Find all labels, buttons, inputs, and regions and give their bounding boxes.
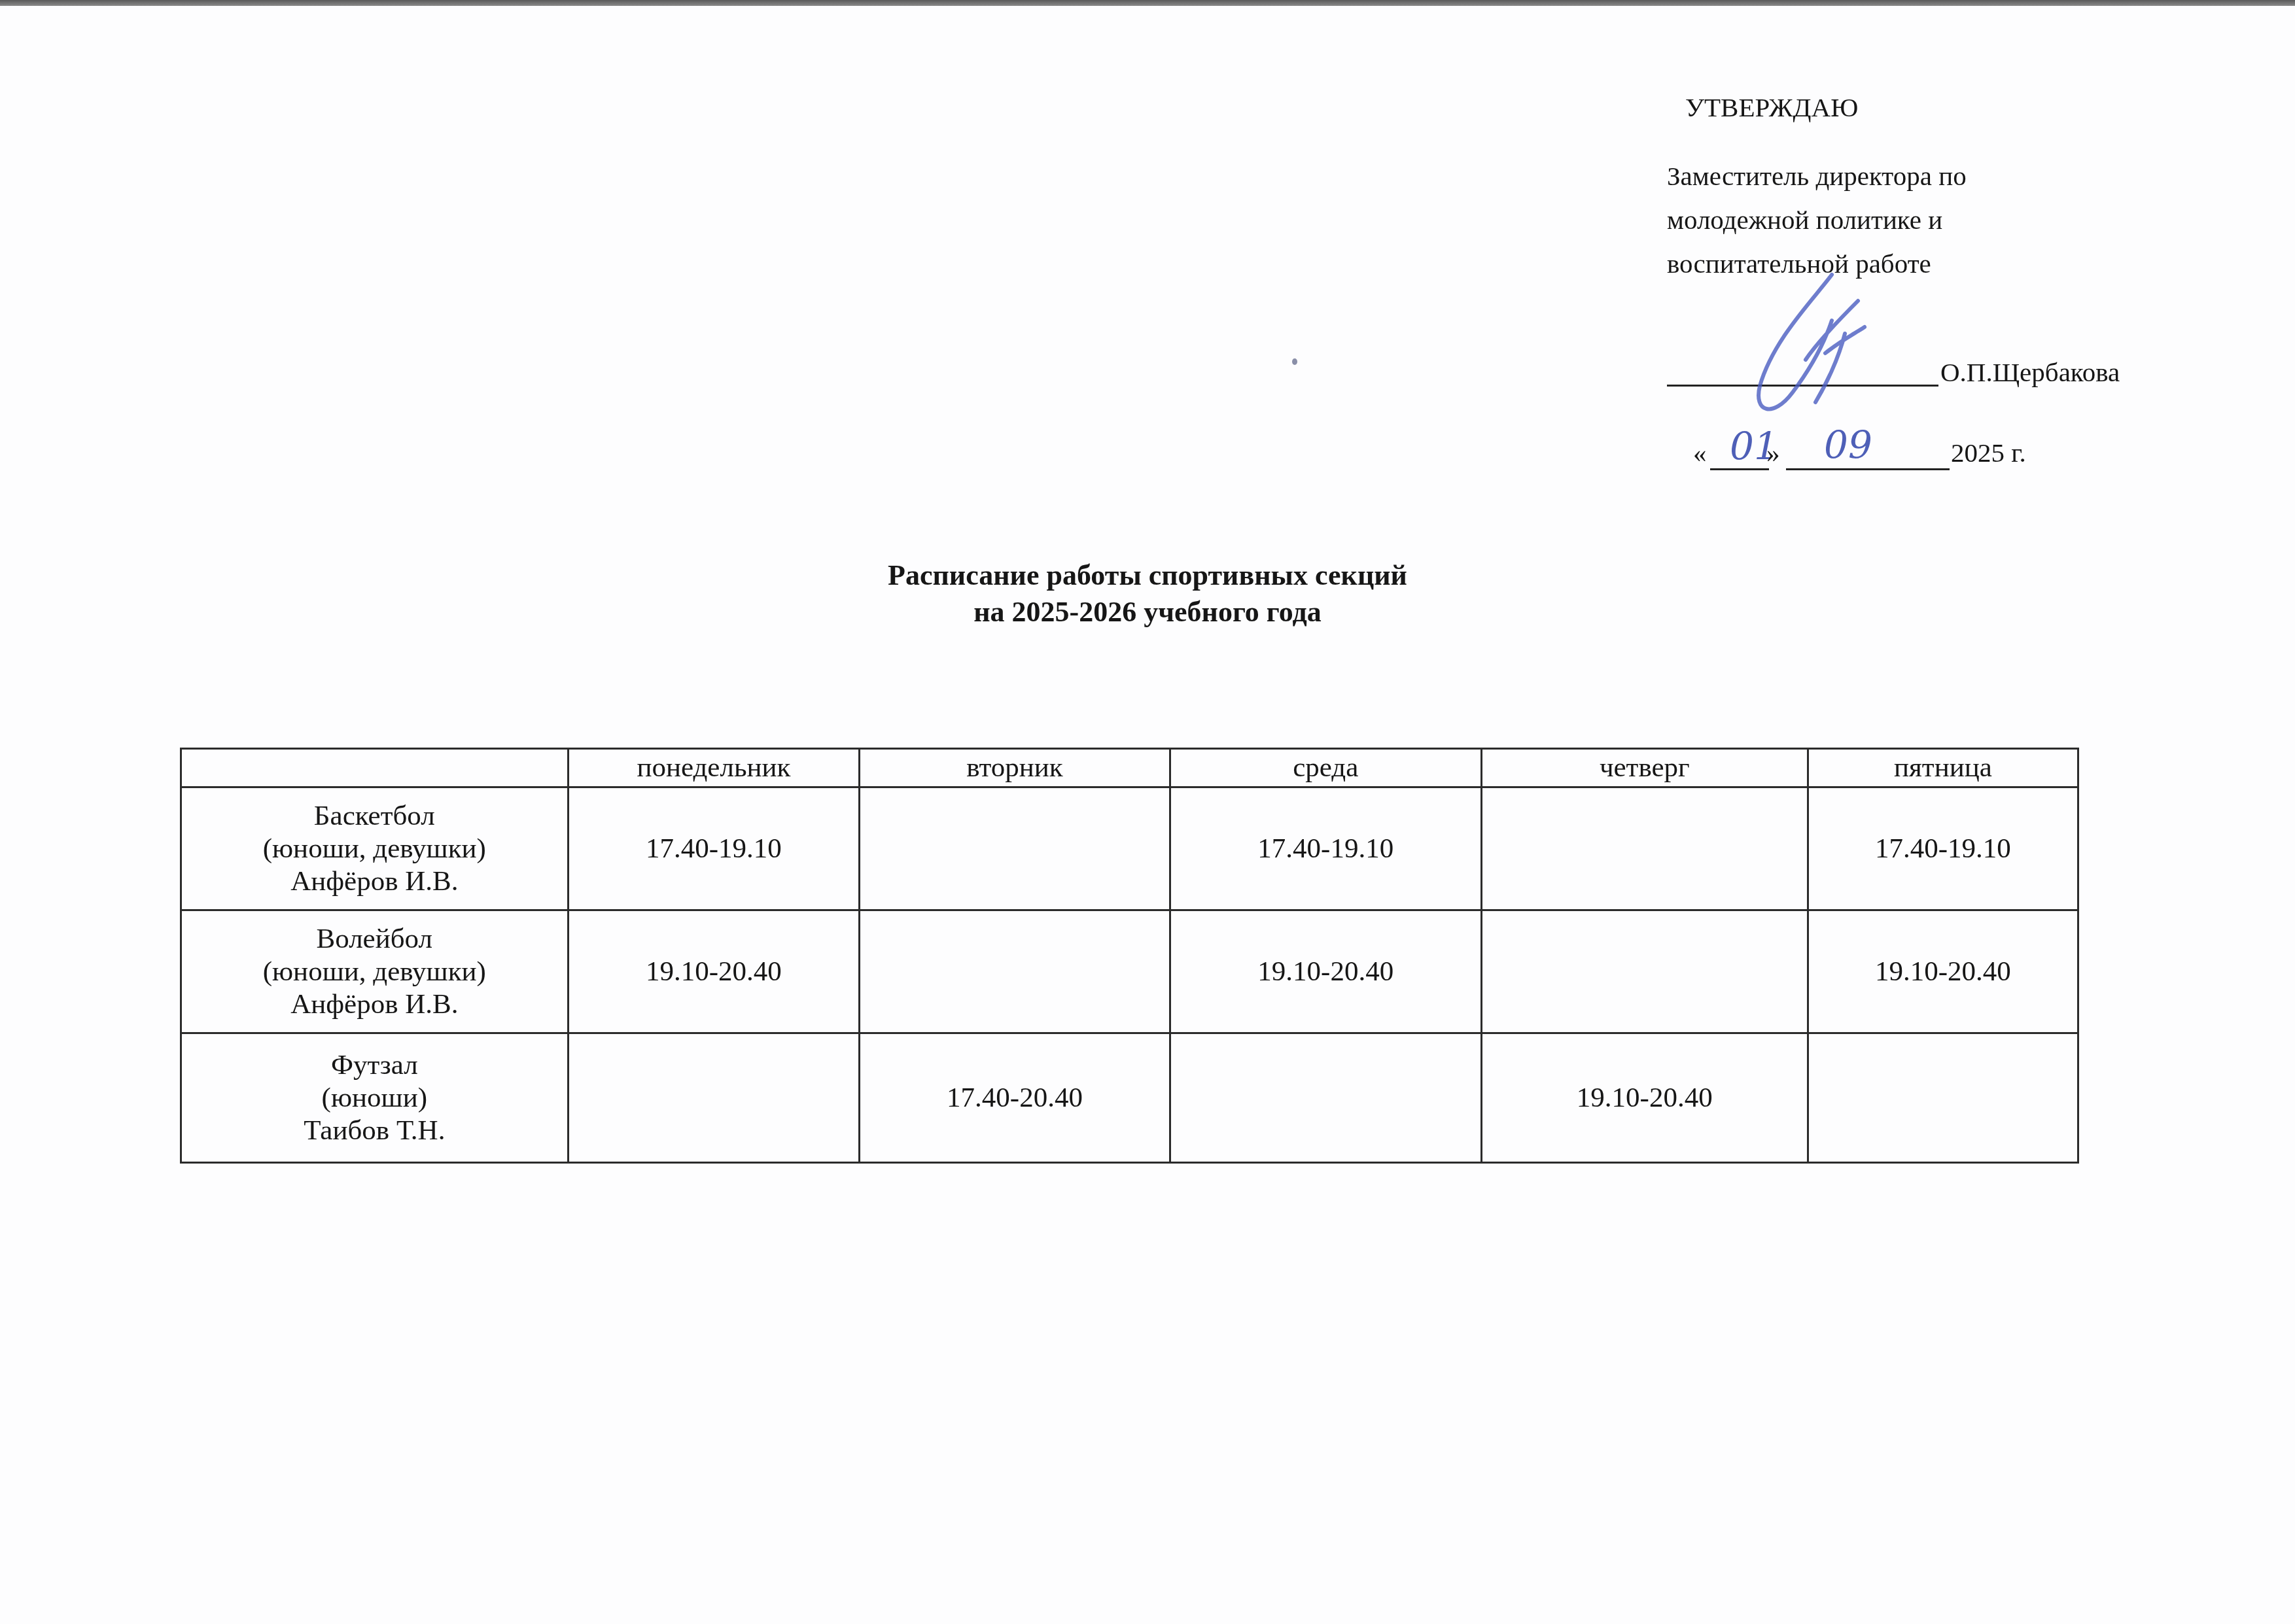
time-cell [1481,787,1808,910]
section-group: (юноши, девушки) [182,833,567,865]
table-row: Волейбол (юноши, девушки) Анфёров И.В. 1… [181,910,2078,1033]
header-cell-wednesday: среда [1170,749,1481,787]
time-cell: 19.10-20.40 [1808,910,2078,1033]
section-name: Футзал [182,1049,567,1082]
table-header-row: понедельник вторник среда четверг пятниц… [181,749,2078,787]
section-name: Баскетбол [182,800,567,833]
header-cell-thursday: четверг [1481,749,1808,787]
document-title: Расписание работы спортивных секций на 2… [0,557,2295,631]
scan-speck [1292,358,1297,365]
header-cell-tuesday: вторник [860,749,1170,787]
section-name: Волейбол [182,923,567,956]
date-open-quote: « [1693,437,1707,468]
date-day-line [1710,468,1769,470]
section-cell: Футзал (юноши) Таибов Т.Н. [181,1033,569,1163]
approval-position-line: молодежной политике и [1667,204,1942,235]
section-coach: Анфёров И.В. [182,865,567,898]
title-line-2: на 2025-2026 учебного года [0,594,2295,631]
header-cell-empty [181,749,569,787]
header-cell-friday: пятница [1808,749,2078,787]
time-cell [860,910,1170,1033]
signatory-name: О.П.Щербакова [1940,356,2120,388]
time-cell: 19.10-20.40 [1170,910,1481,1033]
time-cell: 17.40-19.10 [568,787,860,910]
section-cell: Волейбол (юноши, девушки) Анфёров И.В. [181,910,569,1033]
header-cell-monday: понедельник [568,749,860,787]
date-close-quote: » [1766,437,1780,468]
table-row: Футзал (юноши) Таибов Т.Н. 17.40-20.40 1… [181,1033,2078,1163]
time-cell: 17.40-19.10 [1170,787,1481,910]
section-group: (юноши, девушки) [182,956,567,988]
scan-edge [0,0,2295,6]
date-month-line [1786,468,1950,470]
section-coach: Анфёров И.В. [182,988,567,1021]
time-cell [1170,1033,1481,1163]
section-cell: Баскетбол (юноши, девушки) Анфёров И.В. [181,787,569,910]
time-cell: 19.10-20.40 [568,910,860,1033]
title-line-1: Расписание работы спортивных секций [0,557,2295,594]
section-coach: Таибов Т.Н. [182,1114,567,1147]
date-year: 2025 г. [1951,437,2026,468]
time-cell: 19.10-20.40 [1481,1033,1808,1163]
time-cell [1481,910,1808,1033]
time-cell: 17.40-20.40 [860,1033,1170,1163]
schedule-table: понедельник вторник среда четверг пятниц… [180,748,2079,1164]
table-row: Баскетбол (юноши, девушки) Анфёров И.В. … [181,787,2078,910]
time-cell [1808,1033,2078,1163]
approval-heading: УТВЕРЖДАЮ [1685,92,1858,123]
time-cell: 17.40-19.10 [1808,787,2078,910]
approval-position-line: Заместитель директора по [1667,160,1967,192]
time-cell [860,787,1170,910]
section-group: (юноши) [182,1082,567,1114]
handwritten-signature-icon [1734,262,1904,432]
time-cell [568,1033,860,1163]
